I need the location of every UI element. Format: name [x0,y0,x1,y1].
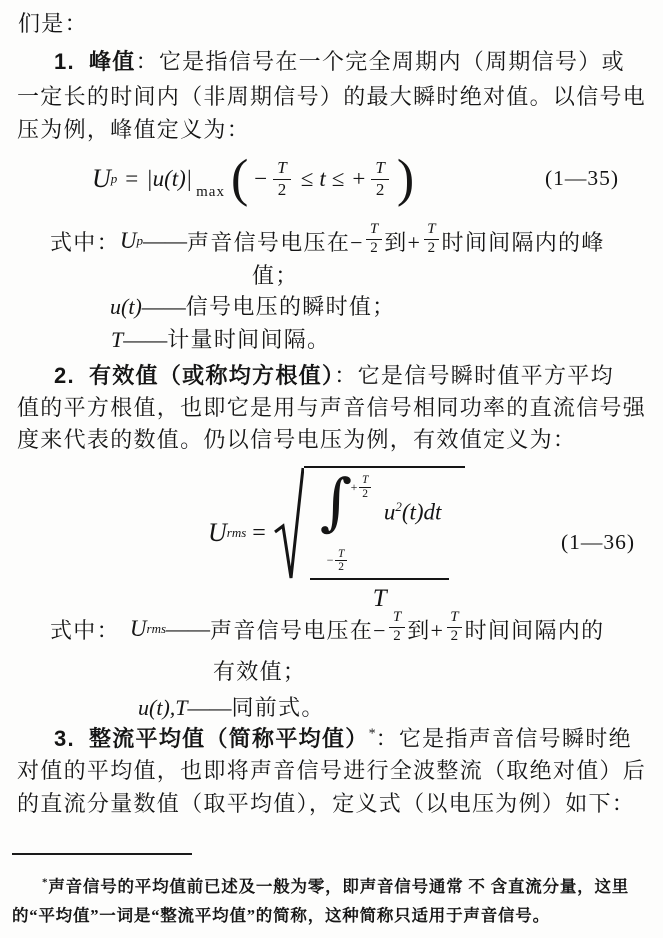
eq135-frac2-num: T [370,159,389,179]
where2-prefix: 式中： [50,614,120,645]
lower-frac-num: T [335,548,347,561]
upper-limit-plus: + [350,480,358,495]
para2-line1-text: ：它是信号瞬时值平方平均 [334,363,614,388]
eq135-plus: + [352,166,365,192]
where1-frac-right: T2 [423,222,439,257]
para1-line1-text: ：它是指信号在一个完全周期内（周期信号）或 [136,49,625,74]
intro-line: 们是： [18,10,88,38]
where1-ut-symbol: u(t) [110,294,142,319]
para3-number: 3. [54,726,75,751]
eq136-number-text: (1—36) [561,530,635,554]
where2-mid: 到+ [407,614,444,645]
eq135-equals: = [125,166,138,192]
integral-upper-limit: +T2 [350,474,372,500]
formula-peak-value: Up = |u(t)| max ( − T2 ≤ t ≤ + T2 ) [92,153,414,205]
integral-with-limits: ∫ +T2 −T2 [318,478,382,570]
where2-frac-right: T2 [446,610,462,645]
where1-frac-left: T2 [366,222,382,257]
eq136-square-root: ∫ +T2 −T2 u2(t)dt T [274,466,466,613]
para2-line3: 度来代表的数值。仍以信号电压为例，有效值定义为： [17,426,576,454]
where2-frac1-num: T [389,610,405,627]
eq135-frac2-den: 2 [371,179,390,199]
upper-limit-frac: T2 [359,474,371,500]
where2-frac-left: T2 [389,610,405,645]
where1-prefix: 式中： [50,226,120,257]
formula-rms-value: Urms = ∫ +T2 −T2 u2(t)dt T [208,466,465,613]
where1-mid: 到+ [384,226,421,257]
para2-line3-text: 度来代表的数值。仍以信号电压为例，有效值定义为： [17,427,576,452]
where2-symbol: U [130,616,147,642]
lower-limit-frac: T2 [335,548,347,574]
where2-text1: 声音信号电压在− [210,614,387,645]
lower-limit-minus: − [326,553,334,568]
eq135-U: U [92,164,111,194]
para3-title: 整流平均值（简称平均值） [89,726,369,751]
eq136-integrand: u2(t)dt [384,499,442,526]
where1-T-line: T——计量时间间隔。 [111,326,330,354]
where1-T-symbol: T [111,327,123,352]
para3-line3: 的直流分量数值（取平均值），定义式（以电压为例）如下： [17,790,635,818]
where2-ut-text: 同前式。 [232,695,325,720]
para1-line2: 一定长的时间内（非周期信号）的最大瞬时绝对值。以信号电 [17,83,646,111]
where2-ut-line: u(t),T——同前式。 [138,694,325,722]
where2-cont-text: 有效值； [213,659,306,684]
para1-number: 1. [54,49,75,74]
intro-text: 们是： [18,11,88,36]
where1-line2: 值； [252,262,299,290]
eq135-t: t [319,166,325,192]
where1-T-dash: —— [123,327,167,352]
eq135-leq-1: ≤ [301,166,314,192]
where2-ut-symbol: u(t),T [138,695,188,720]
equation-number-1-35: (1—35) [545,166,619,191]
upper-frac-num: T [359,474,371,487]
where1-symbol: U [120,228,137,254]
footnote-line2: 的“平均值”一词是“整流平均值”的简称，这种简称只适用于声音信号。 [12,902,550,926]
integral-sign: ∫ [320,468,352,536]
eq135-frac1-num: T [272,159,291,179]
para1-title: 峰值 [89,49,136,74]
where1-ut-dash: —— [142,294,186,319]
integral-lower-limit: −T2 [326,548,348,574]
footnote-line1-text: 声音信号的平均值前已述及一般为零，即声音信号通常 不 含直流分量，这里 [48,877,629,896]
where1-T-text: 计量时间间隔。 [167,327,330,352]
where2-symbol-sub: rms [147,621,167,637]
eq136-lhs: Urms = [208,518,270,548]
radical-sign [274,466,304,584]
integrand-u: u [384,499,396,524]
para3-line2-text: 对值的平均值，也即将声音信号进行全波整流（取绝对值）后 [17,758,646,783]
eq135-abs-value: |u(t)| [146,166,192,192]
para3-line1-text: ：它是指声音信号瞬时绝 [376,726,632,751]
where1-dash: —— [143,228,187,254]
footnote-line2-text: 的“平均值”一词是“整流平均值”的简称，这种简称只适用于声音信号。 [12,906,550,925]
integrand-tail: (t)dt [402,499,442,524]
eq135-fraction-T2-left: T2 [272,159,291,199]
para1-line3: 压为例，峰值定义为： [17,116,250,144]
where1-text2: 时间间隔内的峰 [442,226,605,257]
where1-frac1-den: 2 [366,239,382,257]
para2-number: 2. [54,363,75,388]
eq136-numerator: ∫ +T2 −T2 u2(t)dt [310,478,450,578]
where2-dash: —— [166,616,210,642]
para3-footnote-marker: * [369,727,376,742]
para3-line2: 对值的平均值，也即将声音信号进行全波整流（取绝对值）后 [17,757,646,785]
lower-frac-den: 2 [335,560,347,574]
where2-frac1-den: 2 [389,627,405,645]
where2-line2: 有效值； [213,658,306,686]
where2-ut-dash: —— [188,695,232,720]
where1-text1: 声音信号电压在− [187,226,364,257]
eq135-number-text: (1—35) [545,166,619,190]
eq135-minus: − [254,166,267,192]
equation-number-1-36: (1—36) [561,530,635,555]
where2-frac2-den: 2 [447,627,463,645]
where2-text2: 时间间隔内的 [465,614,605,645]
where2-line1: 式中： Urms —— 声音信号电压在− T2 到+ T2 时间间隔内的 [50,606,604,652]
para1-line3-text: 压为例，峰值定义为： [17,117,250,142]
para1-line1: 1.峰值：它是指信号在一个完全周期内（周期信号）或 [54,48,625,76]
eq136-under-root: ∫ +T2 −T2 u2(t)dt T [304,466,466,613]
eq135-leq-2: ≤ [332,166,345,192]
where1-frac2-num: T [423,222,439,239]
where1-frac1-num: T [366,222,382,239]
eq135-frac1-den: 2 [273,179,292,199]
eq136-U-subscript: rms [227,525,247,541]
para1-line2-text: 一定长的时间内（非周期信号）的最大瞬时绝对值。以信号电 [17,84,646,109]
para2-line1: 2.有效值（或称均方根值）：它是信号瞬时值平方平均 [54,362,614,390]
where2-frac2-num: T [446,610,462,627]
where1-frac2-den: 2 [424,239,440,257]
para2-line2-text: 值的平方根值，也即它是用与声音信号相同功率的直流信号强 [17,395,646,420]
para3-line3-text: 的直流分量数值（取平均值），定义式（以电压为例）如下： [17,791,635,816]
where1-line1: 式中： Up —— 声音信号电压在− T2 到+ T2 时间间隔内的峰 [50,218,605,264]
where1-ut-line: u(t)——信号电压的瞬时值； [110,293,395,321]
eq135-max-subscript: max [196,184,225,201]
where1-ut-text: 信号电压的瞬时值； [186,294,396,319]
para2-title: 有效值（或称均方根值） [89,363,334,388]
eq136-equals: = [252,520,266,547]
where1-cont-text: 值； [252,263,299,288]
eq135-fraction-T2-right: T2 [370,159,389,199]
para2-line2: 值的平方根值，也即它是用与声音信号相同功率的直流信号强 [17,394,646,422]
para3-line1: 3.整流平均值（简称平均值）*：它是指声音信号瞬时绝 [54,725,632,753]
book-page: 们是： 1.峰值：它是指信号在一个完全周期内（周期信号）或 一定长的时间内（非周… [0,0,663,938]
footnote-separator [12,853,192,855]
upper-frac-den: 2 [359,487,371,501]
footnote-line1: *声音信号的平均值前已述及一般为零，即声音信号通常 不 含直流分量，这里 [42,873,629,897]
eq135-U-subscript: p [111,171,118,187]
eq136-U: U [208,518,227,548]
